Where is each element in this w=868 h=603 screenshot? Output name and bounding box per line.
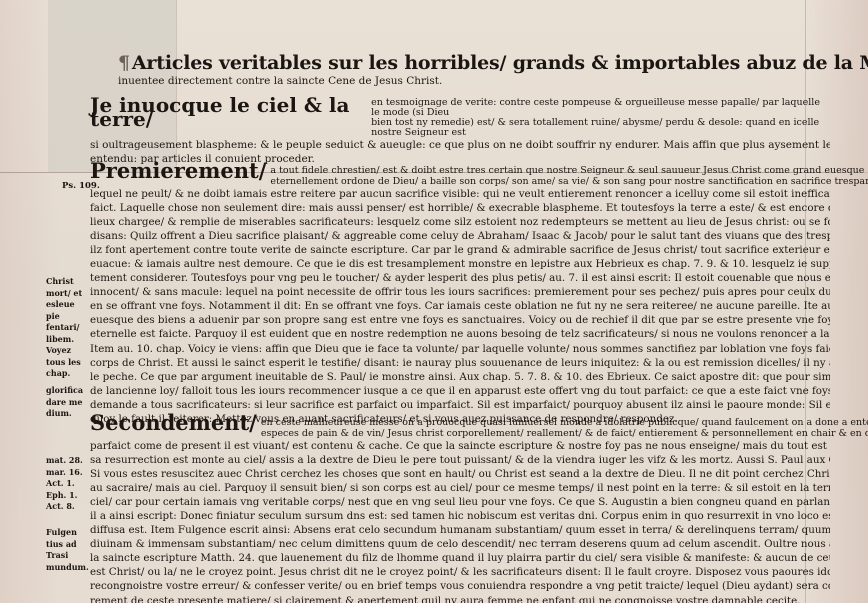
- text-line: eternelle est faicte. Parquoy il est eui…: [90, 327, 830, 341]
- margin-text: chap.: [46, 368, 86, 380]
- text-line: Si vous estes resuscitez auec Christ cer…: [90, 467, 830, 481]
- margin-text: glorifica: [46, 385, 86, 397]
- text-line: en se offrant vne foys. Notamment il dit…: [90, 299, 830, 313]
- text-line: euacue: & iamais aultre nest demoure. Ce…: [90, 257, 830, 271]
- text-line: parfaict come de present il est viuant/ …: [90, 439, 830, 453]
- text-line: ciel/ car pour certain iamais vng verita…: [90, 495, 830, 509]
- margin-text: Voyez: [46, 345, 86, 357]
- margin-note-christ: Christ mort/ et esleue pie fentari/ libe…: [46, 276, 86, 380]
- margin-text: Act. 1.: [46, 478, 86, 490]
- text-line: le peche. Ce que par argument ineuitable…: [90, 370, 830, 384]
- invocation-paragraph: Je inuocque le ciel & la terre/ en tesmo…: [90, 98, 830, 166]
- section-head: Premierement/ a tout fidele chrestien/ e…: [90, 164, 830, 187]
- text-line: corps de Christ. Et aussi le sainct espe…: [90, 356, 830, 370]
- text-line: especes de pain & de vin/ Jesus christ c…: [261, 428, 868, 439]
- text-line: rement de ceste presente matiere/ si cla…: [90, 594, 830, 603]
- margin-text: tous les: [46, 357, 86, 369]
- margin-text: tius ad: [46, 539, 86, 551]
- margin-text: Act. 8.: [46, 501, 86, 513]
- invocation-head: Je inuocque le ciel & la terre/ en tesmo…: [90, 98, 830, 138]
- section-head: Secondement/ en ceste malheureuse messe …: [90, 416, 830, 439]
- margin-note-refs: mat. 28. mar. 16. Act. 1. Eph. 1. Act. 8…: [46, 455, 86, 513]
- section-sup: a tout fidele chrestien/ est & doibt est…: [270, 165, 868, 187]
- text-line: faict. Laquelle chose non seulement dire…: [90, 201, 830, 215]
- invocation-sup: en tesmoignage de verite: contre ceste p…: [371, 98, 830, 138]
- margin-text: fentari/: [46, 322, 86, 334]
- margin-note-glorifica: glorifica dare me dium.: [46, 385, 86, 420]
- text-line: bien tost ny remedie) est/ & sera totall…: [371, 118, 830, 138]
- margin-text: Eph. 1.: [46, 490, 86, 502]
- margin-text: mar. 16.: [46, 467, 86, 479]
- section-sup: en ceste malheureuse messe on a prouocqu…: [261, 417, 868, 439]
- text-line: disans: Quilz offrent a Dieu sacrifice p…: [90, 229, 830, 243]
- text-line: si oultrageusement blaspheme: & le peupl…: [90, 138, 830, 152]
- text-line: lequel ne peult/ & ne doibt iamais estre…: [90, 187, 830, 201]
- text-line: ilz font apertement contre toute verite …: [90, 243, 830, 257]
- margin-text: mundum.: [46, 562, 86, 574]
- text-line: la saincte escripture Matth. 24. que lau…: [90, 551, 830, 565]
- text-line: lieux chargee/ & remplie de miserables s…: [90, 215, 830, 229]
- invocation-lead: Je inuocque le ciel & la terre/: [90, 98, 367, 126]
- margin-text: mat. 28.: [46, 455, 86, 467]
- text-line: au sacraire/ mais au ciel. Parquoy il se…: [90, 481, 830, 495]
- margin-text: Christ: [46, 276, 86, 288]
- margin-text: esleue pie: [46, 299, 86, 322]
- margin-note-fulgence: Fulgen tius ad Trasi mundum.: [46, 527, 86, 573]
- margin-text: dium.: [46, 408, 86, 420]
- text-line: est Christ/ ou la/ ne le croyez point. J…: [90, 565, 830, 579]
- text-line: de lancienne loy/ falloit tous les iours…: [90, 384, 830, 398]
- document-subtitle: inuentee directement contre la saincte C…: [118, 75, 858, 87]
- section-secondement: Secondement/ en ceste malheureuse messe …: [90, 416, 830, 603]
- text-line: diffusa est. Item Fulgence escrit ainsi:…: [90, 523, 830, 537]
- text-line: eternellement ordone de Dieu/ a baille s…: [270, 176, 868, 187]
- text-line: il a ainsi escript: Donec finiatur secul…: [90, 509, 830, 523]
- margin-text: Fulgen: [46, 527, 86, 539]
- text-line: euesque des biens a aduenir par son prop…: [90, 313, 830, 327]
- text-line: en ceste malheureuse messe on a prouocqu…: [261, 417, 868, 428]
- text-line: a tout fidele chrestien/ est & doibt est…: [270, 165, 868, 176]
- pilcrow-icon: ¶: [118, 52, 130, 74]
- section-lead: Premierement/: [90, 164, 266, 178]
- title-text: Articles veritables sur les horribles/ g…: [132, 52, 868, 74]
- text-line: tement considerer. Toutesfoys pour vng p…: [90, 271, 830, 285]
- text-line: Item au. 10. chap. Voicy ie viens: affin…: [90, 342, 830, 356]
- text-line: diuinam & immensam substantiam/ nec celu…: [90, 537, 830, 551]
- text-line: innocent/ & sans macule: lequel na point…: [90, 285, 830, 299]
- text-line: sa resurrection est monte au ciel/ assis…: [90, 453, 830, 467]
- text-line: en tesmoignage de verite: contre ceste p…: [371, 98, 830, 118]
- document-title: ¶Articles veritables sur les horribles/ …: [118, 52, 858, 74]
- margin-text: libem.: [46, 334, 86, 346]
- margin-text: Trasi: [46, 550, 86, 562]
- margin-text: dare me: [46, 397, 86, 409]
- section-premierement: Premierement/ a tout fidele chrestien/ e…: [90, 164, 830, 426]
- text-line: recongnoistre vostre erreur/ & confesser…: [90, 579, 830, 593]
- margin-text: mort/ et: [46, 288, 86, 300]
- section-lead: Secondement/: [90, 416, 257, 430]
